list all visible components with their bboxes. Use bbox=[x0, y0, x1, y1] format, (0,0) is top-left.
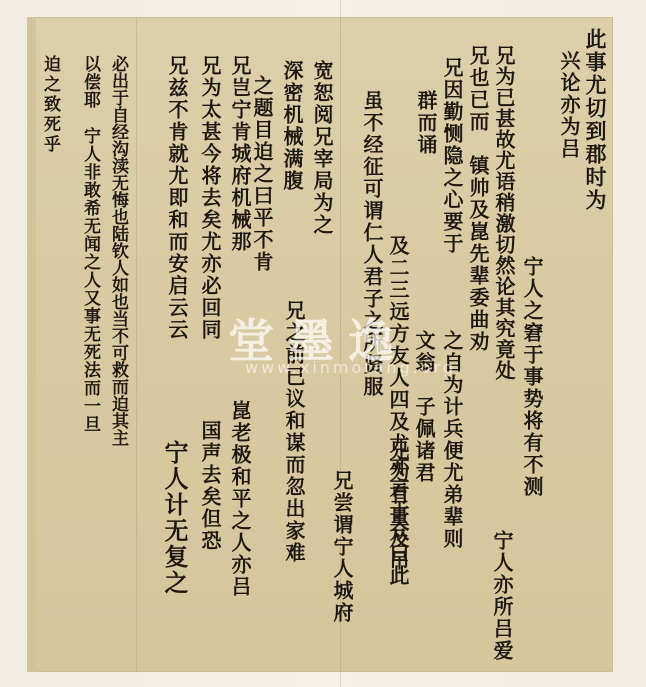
calligraphy-column: 必出于自经沟渎无悔也陆钦人如也当不可救而迫其主 bbox=[106, 55, 130, 446]
calligraphy-column: 宁人之窘于事势将有不测 bbox=[520, 256, 544, 498]
paper-seam bbox=[136, 17, 137, 672]
calligraphy-column: 兄为太甚今将去矣尤亦必回同 bbox=[198, 55, 222, 341]
calligraphy-column: 深密机械满腹 bbox=[280, 60, 304, 192]
calligraphy-column: 兴论亦为吕 bbox=[557, 50, 581, 160]
calligraphy-column: 宁人亦所吕爱 bbox=[490, 530, 514, 662]
calligraphy-column: 兄因勤恻隐之心要于 bbox=[440, 57, 464, 255]
calligraphy-column: 兄兹不肯就尤即和而安启云云 bbox=[165, 55, 189, 341]
calligraphy-column: 兄为有量及吊 bbox=[386, 440, 410, 572]
calligraphy-column: 兄也已而 镇帅及崑先辈委曲劝 bbox=[466, 45, 490, 353]
calligraphy-column: 兄为已甚故尤语稍激切然论其究竟处 bbox=[492, 45, 516, 381]
watermark-url: www.xinmotang.org bbox=[245, 358, 456, 377]
calligraphy-column: 兄岂宁肯城府机械那 bbox=[228, 55, 252, 253]
calligraphy-column: 宽恕阅兄宰局为之 bbox=[310, 60, 334, 236]
calligraphy-column: 之题目迫之曰平不肯 bbox=[250, 75, 274, 273]
calligraphy-column: 此事尤切到郡时为 bbox=[583, 28, 607, 212]
calligraphy-column: 兄尝谓宁人城府 bbox=[330, 470, 354, 624]
calligraphy-column: 文翁 子佩诸君 bbox=[412, 330, 436, 484]
calligraphy-column: 以偿耶 宁人非敢希无闻之人又事无死法而一旦 bbox=[78, 55, 102, 433]
calligraphy-column: 崑老极和平之人亦吕 bbox=[228, 400, 252, 598]
paper-edge-strip bbox=[27, 17, 36, 672]
calligraphy-column: 国声去矣但恐 bbox=[198, 420, 222, 552]
calligraphy-column: 迫之致死乎 bbox=[38, 55, 62, 155]
calligraphy-column: 宁人计无复之 bbox=[162, 440, 186, 596]
calligraphy-column: 群而诵 bbox=[414, 90, 438, 156]
